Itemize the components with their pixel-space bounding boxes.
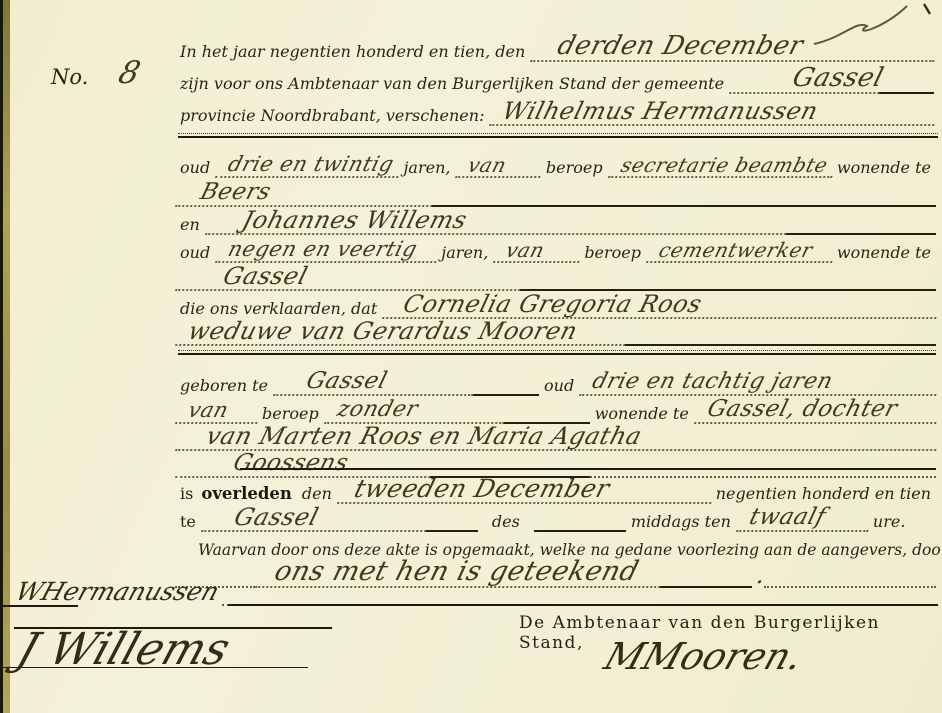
printed-beroep: beroep bbox=[579, 243, 646, 263]
printed-is: is bbox=[175, 484, 198, 504]
declarant2-occupation-entry: cementwerker bbox=[646, 240, 838, 263]
declarant1-residence-entry: Beers bbox=[175, 181, 439, 207]
printed-beroep: beroep bbox=[541, 158, 608, 178]
deceased-occupation-line: van beroep zonder wonende te Gassel, doc… bbox=[175, 394, 936, 424]
witness1-signature-line: WHermanussen bbox=[8, 572, 878, 606]
declarant2-residence-entry: Gassel bbox=[175, 264, 527, 291]
declarant2-age-entry: negen en veertig bbox=[215, 239, 443, 263]
declarant2-van-entry: van bbox=[493, 240, 585, 263]
section-divider bbox=[178, 133, 938, 138]
printed-des: des bbox=[478, 512, 534, 532]
record-number: No. 8 bbox=[46, 60, 146, 90]
intro-line-3-printed: provincie Noordbrabant, verschenen: bbox=[175, 106, 489, 126]
declarant2-age-occupation: oud negen en veertig jaren, van beroep c… bbox=[175, 233, 936, 263]
witness2-signature: J Willems bbox=[12, 628, 235, 672]
death-hour-entry: twaalf bbox=[736, 506, 875, 532]
printed-middags-ten: middags ten bbox=[626, 512, 736, 532]
printed-oud: oud bbox=[175, 243, 215, 263]
section-divider bbox=[178, 350, 936, 355]
death-date-line: is overleden den tweeden December negent… bbox=[175, 474, 936, 504]
printed-year: negentien honderd en tien bbox=[711, 484, 936, 504]
deceased-widow-line: weduwe van Gerardus Mooren bbox=[175, 316, 936, 346]
death-place-time-line: te Gassel des middags ten twaalf ure. bbox=[175, 502, 936, 532]
signature-divider bbox=[228, 604, 938, 606]
intro-line-1: In het jaar negentien honderd en tien, d… bbox=[175, 30, 934, 62]
record-number-value: 8 bbox=[105, 58, 154, 90]
left-margin-line bbox=[0, 605, 78, 607]
record-number-label: No. bbox=[46, 65, 93, 90]
declarant2-name-entry: Johannes Willems bbox=[205, 208, 793, 235]
printed-jaren: jaren, bbox=[436, 243, 493, 263]
witness1-signature: WHermanussen bbox=[8, 579, 230, 606]
declarant1-van-entry: van bbox=[455, 155, 547, 178]
deceased-age-entry: drie en tachtig jaren bbox=[579, 371, 942, 396]
intro-line-1-printed: In het jaar negentien honderd en tien, d… bbox=[175, 42, 530, 62]
declarant1-name-entry: Wilhelmus Hermanussen bbox=[489, 99, 941, 126]
declarant1-age-occupation: oud drie en twintig jaren, van beroep se… bbox=[175, 148, 936, 178]
deceased-name-entry: Cornelia Gregoria Roos bbox=[382, 292, 942, 319]
printed-te: te bbox=[175, 512, 201, 532]
line-segment bbox=[625, 344, 936, 346]
printed-geboren-te: geboren te bbox=[175, 376, 273, 396]
intro-line-2-printed: zijn voor ons Ambtenaar van den Burgerli… bbox=[175, 74, 729, 94]
municipality-entry: Gassel bbox=[729, 65, 887, 94]
death-certificate-scan: No. 8 In het jaar negentien honderd en t… bbox=[0, 0, 942, 713]
declarant2-name: en Johannes Willems bbox=[175, 205, 936, 235]
printed-den: den bbox=[297, 484, 337, 504]
deceased-birth-age-line: geboren te Gassel oud drie en tachtig ja… bbox=[175, 366, 936, 396]
printed-en: en bbox=[175, 215, 205, 235]
death-date-entry: tweeden December bbox=[337, 476, 718, 504]
printed-jaren: jaren, bbox=[398, 158, 455, 178]
deceased-name-line: die ons verklaarden, dat Cornelia Gregor… bbox=[175, 289, 936, 319]
date-of-record-entry: derden December bbox=[530, 33, 942, 62]
intro-line-3: provincie Noordbrabant, verschenen: Wilh… bbox=[175, 94, 934, 126]
official-signature: MMooren. bbox=[600, 638, 808, 675]
printed-oud: oud bbox=[175, 158, 215, 178]
declarant1-occupation-entry: secretarie beambte bbox=[608, 155, 838, 178]
death-place-entry: Gassel bbox=[201, 505, 433, 532]
printed-oud: oud bbox=[539, 376, 579, 396]
section-divider bbox=[240, 468, 936, 470]
printed-overleden: overleden bbox=[198, 484, 297, 504]
declarant1-residence: Beers bbox=[175, 177, 936, 207]
printed-wonende-te: wonende te bbox=[832, 243, 936, 263]
declarant1-age-entry: drie en twintig bbox=[215, 154, 405, 178]
intro-line-2: zijn voor ons Ambtenaar van den Burgerli… bbox=[175, 62, 934, 94]
printed-ure: ure. bbox=[868, 512, 911, 532]
deceased-birthplace-entry: Gassel bbox=[273, 370, 480, 396]
printed-wonende-te: wonende te bbox=[832, 158, 936, 178]
deceased-widow-entry: weduwe van Gerardus Mooren bbox=[175, 319, 632, 346]
deceased-parents-line1: van Marten Roos en Maria Agatha bbox=[175, 421, 936, 451]
deceased-parents-entry: van Marten Roos en Maria Agatha bbox=[175, 424, 942, 451]
declarant2-residence: Gassel bbox=[175, 261, 936, 291]
